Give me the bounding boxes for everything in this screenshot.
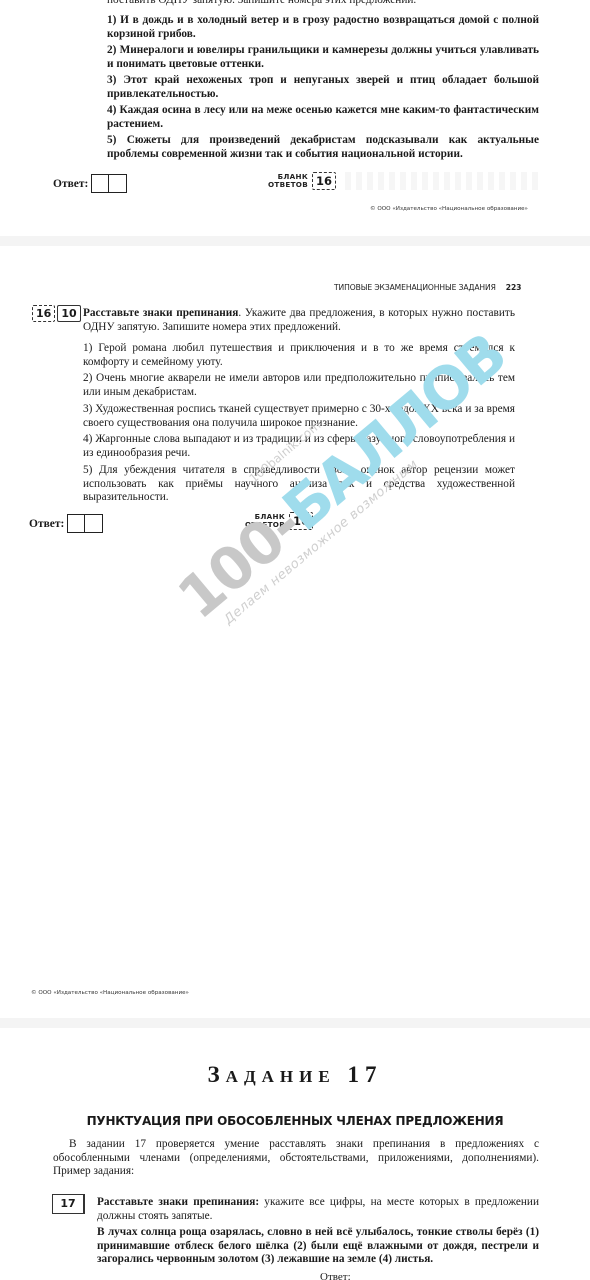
sentence-1: 1) Герой романа любил путешествия и прик… <box>83 342 515 369</box>
otvetov-label: ОТВЕТОВ <box>268 181 308 189</box>
sentence-5: 5) Для убеждения читателя в справедливос… <box>83 464 515 505</box>
page-223: ТИПОВЫЕ ЭКЗАМЕНАЦИОННЫЕ ЗАДАНИЯ223 16 10… <box>0 246 590 1018</box>
answer-boxes[interactable] <box>67 514 103 533</box>
faint-grid <box>345 172 540 190</box>
answer-field[interactable]: Ответ: <box>29 514 103 533</box>
page-previous: поставить ОДНУ запятую. Запишите номера … <box>0 0 590 236</box>
sentence-3: 3) Художественная роспись тканей существ… <box>83 403 515 430</box>
task-number-box: 17 <box>52 1194 85 1214</box>
task-instruction: Расставьте знаки препинания. Укажите два… <box>83 307 515 334</box>
answer-label: Ответ: <box>320 1271 351 1280</box>
sentence-4: 4) Каждая осина в лесу или на меже осень… <box>107 104 539 131</box>
heading-initial: З <box>208 1062 226 1087</box>
blank-number: 16 <box>312 172 336 190</box>
sentence-4: 4) Жаргонные слова выпадают и из традици… <box>83 433 515 460</box>
task-instruction: Расставьте знаки препинания: укажите все… <box>97 1196 539 1223</box>
answer-field[interactable]: Ответ: <box>53 174 127 193</box>
intro-paragraph: В задании 17 проверяется умение расставл… <box>53 1138 539 1179</box>
answer-boxes[interactable] <box>91 174 127 193</box>
answer-sheet-ref: БЛАНКОТВЕТОВ 16 <box>245 512 313 530</box>
running-head-text: ТИПОВЫЕ ЭКЗАМЕНАЦИОННЫЕ ЗАДАНИЯ <box>334 283 496 292</box>
sentence-2: 2) Минералоги и ювелиры гранильщики и ка… <box>107 44 539 71</box>
heading-word: АДАНИЕ <box>226 1067 336 1086</box>
section-heading: ЗАДАНИЕ 17 <box>0 1062 590 1088</box>
example-sentence: В лучах солнца роща озарялась, словно в … <box>97 1226 539 1267</box>
section-subheading: ПУНКТУАЦИЯ ПРИ ОБОСОБЛЕННЫХ ЧЛЕНАХ ПРЕДЛ… <box>0 1114 590 1128</box>
heading-number: 17 <box>347 1062 382 1087</box>
otvetov-label: ОТВЕТОВ <box>245 521 285 529</box>
sentence-3: 3) Этот край нехоженых троп и непуганых … <box>107 74 539 101</box>
answer-label: Ответ: <box>29 518 64 530</box>
task-number-badge: 16 10 <box>32 305 81 322</box>
running-head: ТИПОВЫЕ ЭКЗАМЕНАЦИОННЫЕ ЗАДАНИЯ223 <box>334 283 521 292</box>
variant-number: 10 <box>57 305 80 322</box>
page-task-17: ЗАДАНИЕ 17 ПУНКТУАЦИЯ ПРИ ОБОСОБЛЕННЫХ Ч… <box>0 1028 590 1280</box>
sentence-1: 1) И в дождь и в холодный ветер и в гроз… <box>107 14 539 41</box>
instruction-bold: Расставьте знаки препинания: <box>97 1196 259 1208</box>
copyright: © ООО «Издательство «Национальное образо… <box>31 990 189 996</box>
task-number: 16 <box>32 305 55 322</box>
page-number: 223 <box>506 283 522 292</box>
answer-sheet-ref: БЛАНКОТВЕТОВ 16 <box>268 172 336 190</box>
partial-instruction-line: поставить ОДНУ запятую. Запишите номера … <box>107 0 539 8</box>
answer-label: Ответ: <box>53 178 88 190</box>
sentence-2: 2) Очень многие акварели не имели авторо… <box>83 372 515 399</box>
sentence-5: 5) Сюжеты для произведений декабристам п… <box>107 134 539 161</box>
blank-number: 16 <box>289 512 313 530</box>
copyright: © ООО «Издательство «Национальное образо… <box>370 206 528 212</box>
instruction-bold: Расставьте знаки препинания <box>83 307 238 319</box>
